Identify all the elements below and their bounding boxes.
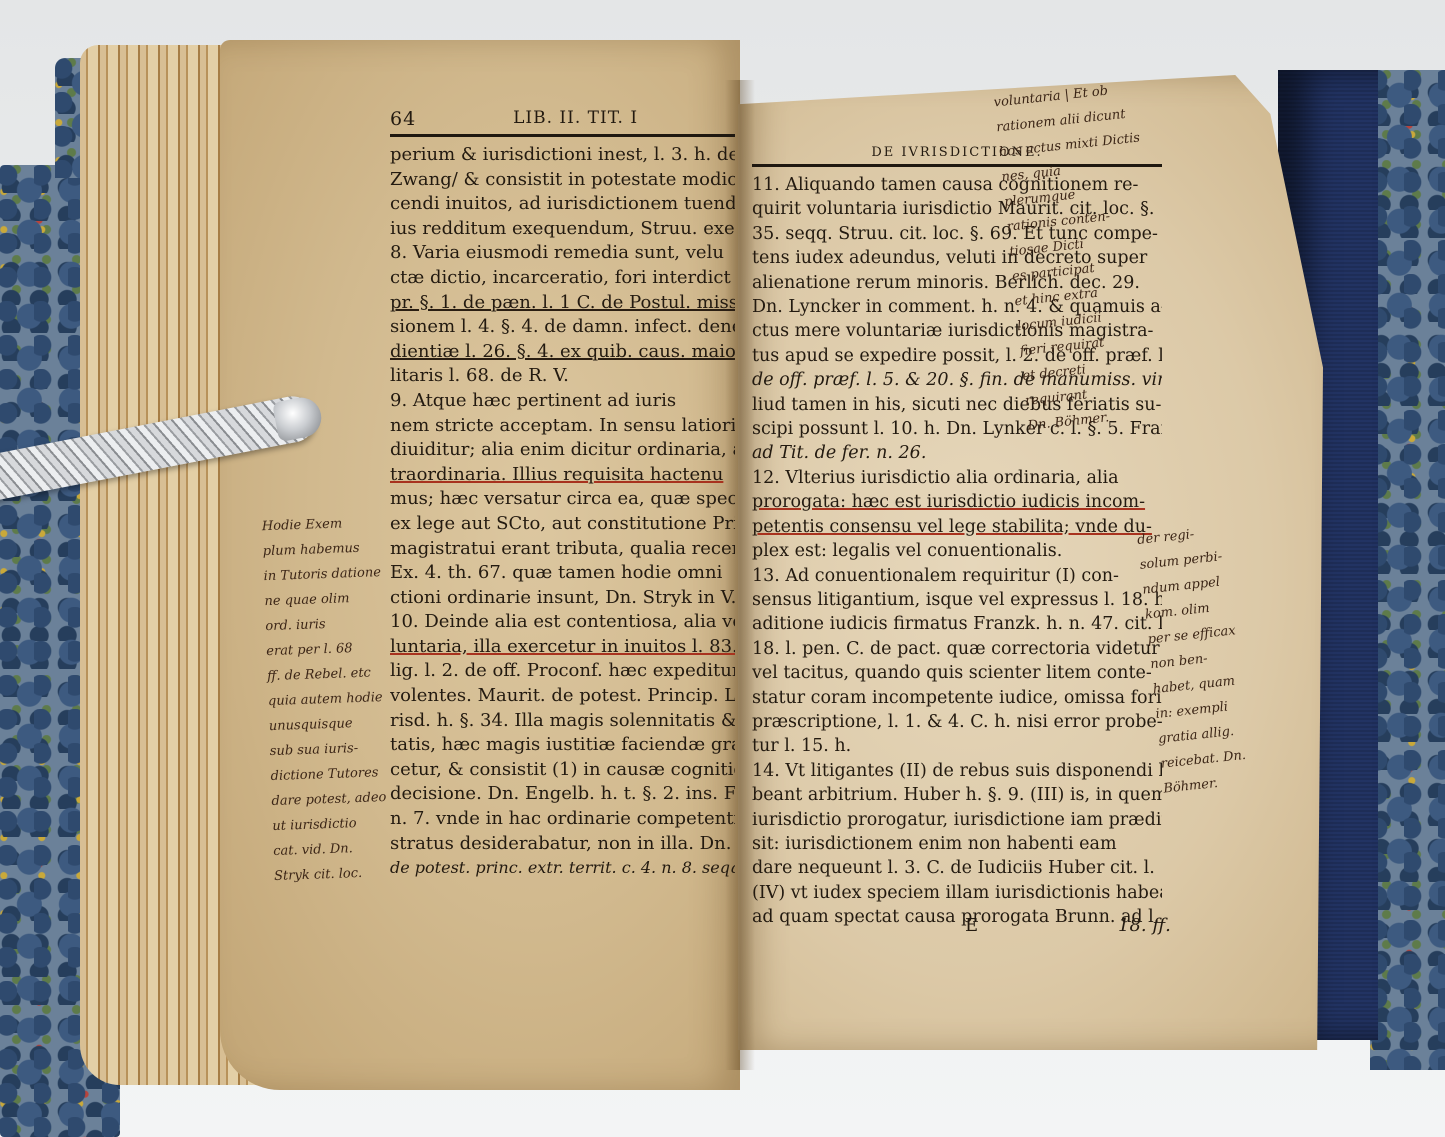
text-line: vel tacitus, quando quis scienter litem … [752, 661, 1162, 685]
text-line: ad Tit. de fer. n. 26. [752, 441, 1162, 465]
text-line: beant arbitrium. Huber h. §. 9. (III) is… [752, 783, 1162, 807]
marbled-board-right [1370, 70, 1445, 1070]
running-head-title: LIB. II. TIT. I [513, 108, 638, 130]
handwritten-annotation-right-top: voluntaria | Et ob rationem alii dicunt … [992, 61, 1307, 438]
text-line: Zwang/ & consistit in potestate modice [390, 168, 735, 193]
text-line: stratus desiderabatur, non in illa. Dn. … [390, 832, 735, 857]
text-line: ex lege aut SCto, aut constitutione Pri [390, 512, 735, 537]
text-line: cendi inuitos, ad iurisdictionem tuend [390, 192, 735, 217]
text-line: ctioni ordinarie insunt, Dn. Stryk in V.… [390, 586, 735, 611]
left-page-text: 64 LIB. II. TIT. I perium & iurisdiction… [390, 108, 735, 881]
text-line: tatis, hæc magis iustitiæ faciendæ grati [390, 733, 735, 758]
text-line-red-underlined: petentis consensu vel lege stabilita; vn… [752, 515, 1162, 539]
text-line-underlined: pr. §. 1. de pæn. l. 1 C. de Postul. mis… [390, 291, 735, 316]
text-line: præscriptione, l. 1. & 4. C. h. nisi err… [752, 710, 1162, 734]
head-rule [390, 134, 735, 137]
text-line: (IV) vt iudex speciem illam iurisdiction… [752, 881, 1162, 905]
text-line-underlined: dientiæ l. 26. §. 4. ex quib. caus. maio… [390, 340, 735, 365]
text-line: magistratui erant tributa, qualia recens [390, 537, 735, 562]
text-line: Ex. 4. th. 67. quæ tamen hodie omni [390, 561, 735, 586]
text-line: litaris l. 68. de R. V. [390, 364, 735, 389]
text-line-red-underlined: traordinaria. Illius requisita hactenu [390, 463, 735, 488]
text-line: 9. Atque hæc pertinent ad iuris [390, 389, 735, 414]
text-line: tur l. 15. h. [752, 734, 1162, 758]
text-line: ius redditum exequendum, Struu. exer. [390, 217, 735, 242]
signature-mark: E [965, 915, 978, 936]
text-line: sensus litigantium, isque vel expressus … [752, 588, 1162, 612]
handwritten-annotation-right-middle: der regi- solum perbi- ndum appel kom. o… [1136, 513, 1304, 801]
text-line-red-underlined: luntaria, illa exercetur in inuitos l. 8… [390, 635, 735, 660]
text-line: ad quam spectat causa prorogata Brunn. a… [752, 905, 1162, 929]
text-line: lig. l. 2. de off. Proconf. hæc expeditu… [390, 659, 735, 684]
text-line: mus; hæc versatur circa ea, quæ spect [390, 487, 735, 512]
text-line: ctæ dictio, incarceratio, fori interdict [390, 266, 735, 291]
handwritten-annotation-left: Hodie Exem plum habemus in Tutoris datio… [261, 510, 394, 889]
text-line: plex est: legalis vel conuentionalis. [752, 539, 1162, 563]
text-line: iurisdictio prorogatur, iurisdictione ia… [752, 808, 1162, 832]
text-line: decisione. Dn. Engelb. h. t. §. 2. ins. … [390, 782, 735, 807]
text-line: n. 7. vnde in hac ordinarie competentis [390, 807, 735, 832]
text-line: 8. Varia eiusmodi remedia sunt, velu [390, 241, 735, 266]
text-line: 13. Ad conuentionalem requiritur (I) con… [752, 564, 1162, 588]
text-line: volentes. Maurit. de potest. Princip. L.… [390, 684, 735, 709]
text-line: cetur, & consistit (1) in causæ cognitio… [390, 758, 735, 783]
text-line: sit: iurisdictionem enim non habenti eam [752, 832, 1162, 856]
text-line-red-underlined: prorogata: hæc est iurisdictio iudicis i… [752, 490, 1162, 514]
text-line: 14. Vt litigantes (II) de rebus suis dis… [752, 759, 1162, 783]
page-number: 64 [390, 108, 416, 130]
text-line: perium & iurisdictioni inest, l. 3. h. d… [390, 143, 735, 168]
text-line: 10. Deinde alia est contentiosa, alia vo [390, 610, 735, 635]
text-line: nem stricte acceptam. In sensu latiori [390, 414, 735, 439]
text-line: diuiditur; alia enim dicitur ordinaria, … [390, 438, 735, 463]
text-line: risd. h. §. 34. Illa magis solennitatis … [390, 709, 735, 734]
text-line: dare nequeunt l. 3. C. de Iudiciis Huber… [752, 856, 1162, 880]
text-line: statur coram incompetente iudice, omissa… [752, 686, 1162, 710]
text-line: 12. Vlterius iurisdictio alia ordinaria,… [752, 466, 1162, 490]
text-line: 18. l. pen. C. de pact. quæ correctoria … [752, 637, 1162, 661]
left-running-head: 64 LIB. II. TIT. I [390, 108, 735, 130]
text-line: aditione iudicis firmatus Franzk. h. n. … [752, 612, 1162, 636]
catchword: 18. ff. [1118, 915, 1171, 936]
text-line: de potest. princ. extr. territ. c. 4. n.… [390, 856, 735, 881]
text-line: sionem l. 4. §. 4. de damn. infect. dene… [390, 315, 735, 340]
